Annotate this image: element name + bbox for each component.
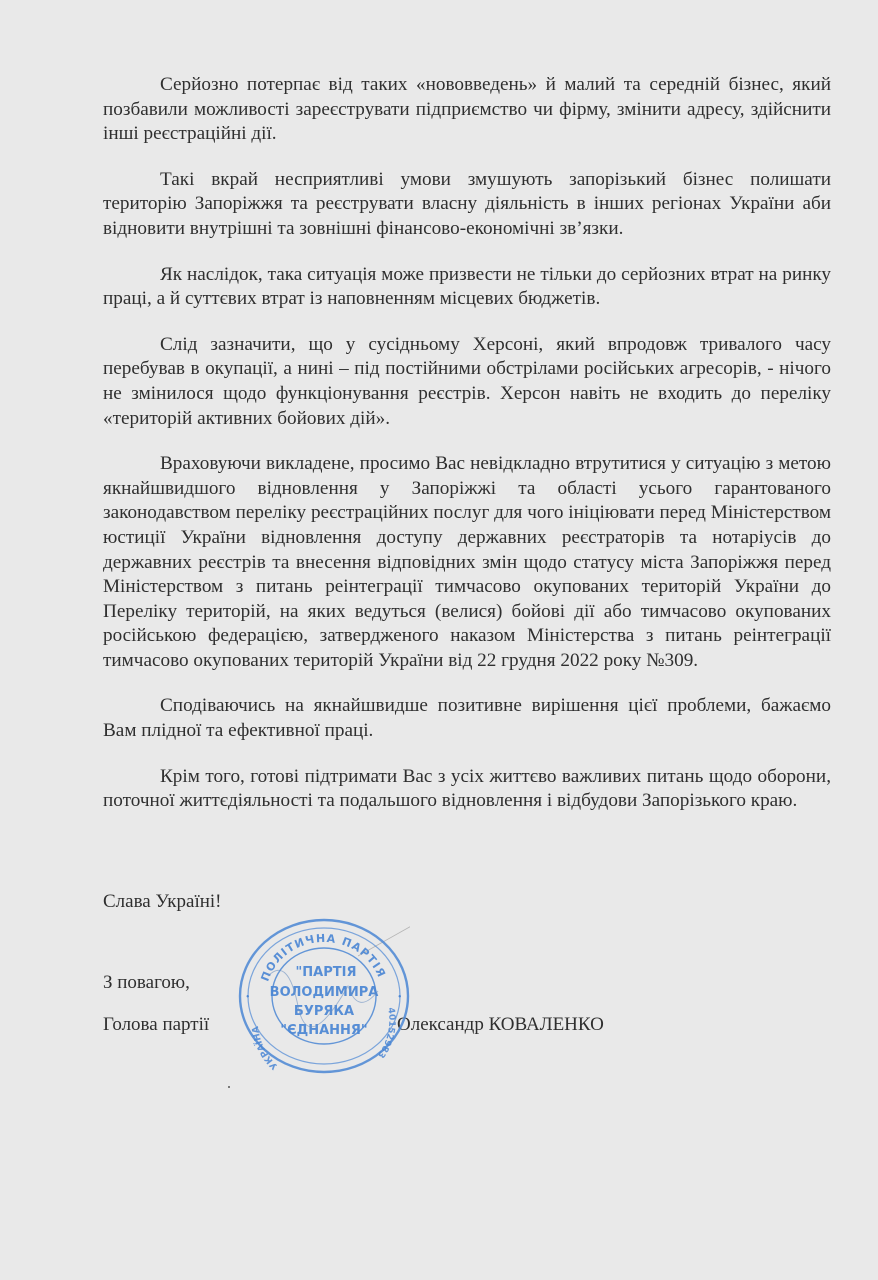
svg-text:"ЄДНАННЯ": "ЄДНАННЯ" (280, 1023, 367, 1038)
paragraph: Сподіваючись на якнайшвидше позитивне ви… (103, 694, 831, 743)
signatory-name: Олександр КОВАЛЕНКО (397, 1013, 604, 1037)
party-stamp-icon: ПОЛІТИЧНА ПАРТІЯ УКРАЇНА 40152983 "ПАРТІ… (238, 916, 410, 1074)
svg-text:•: • (246, 992, 250, 1003)
letter-body: Серйозно потерпає від таких «нововведень… (103, 73, 831, 835)
closing-slogan: Слава Україні! (103, 890, 222, 914)
svg-text:БУРЯКА: БУРЯКА (294, 1004, 354, 1019)
svg-text:•: • (398, 992, 402, 1003)
paragraph: Як наслідок, така ситуація може призвест… (103, 263, 831, 312)
svg-text:ВОЛОДИМИРА: ВОЛОДИМИРА (270, 985, 379, 1000)
svg-text:40152983: 40152983 (375, 1007, 396, 1060)
closing-regards: З повагою, (103, 971, 190, 995)
paragraph: Серйозно потерпає від таких «нововведень… (103, 73, 831, 147)
paragraph: Такі вкрай несприятливі умови змушують з… (103, 168, 831, 242)
paragraph: Враховуючи викладене, просимо Вас невідк… (103, 452, 831, 673)
signatory-position: Голова партії (103, 1013, 209, 1037)
paragraph: Крім того, готові підтримати Вас з усіх … (103, 765, 831, 814)
speck (228, 1086, 230, 1088)
paragraph: Слід зазначити, що у сусідньому Херсоні,… (103, 333, 831, 431)
svg-text:"ПАРТІЯ: "ПАРТІЯ (296, 965, 357, 980)
